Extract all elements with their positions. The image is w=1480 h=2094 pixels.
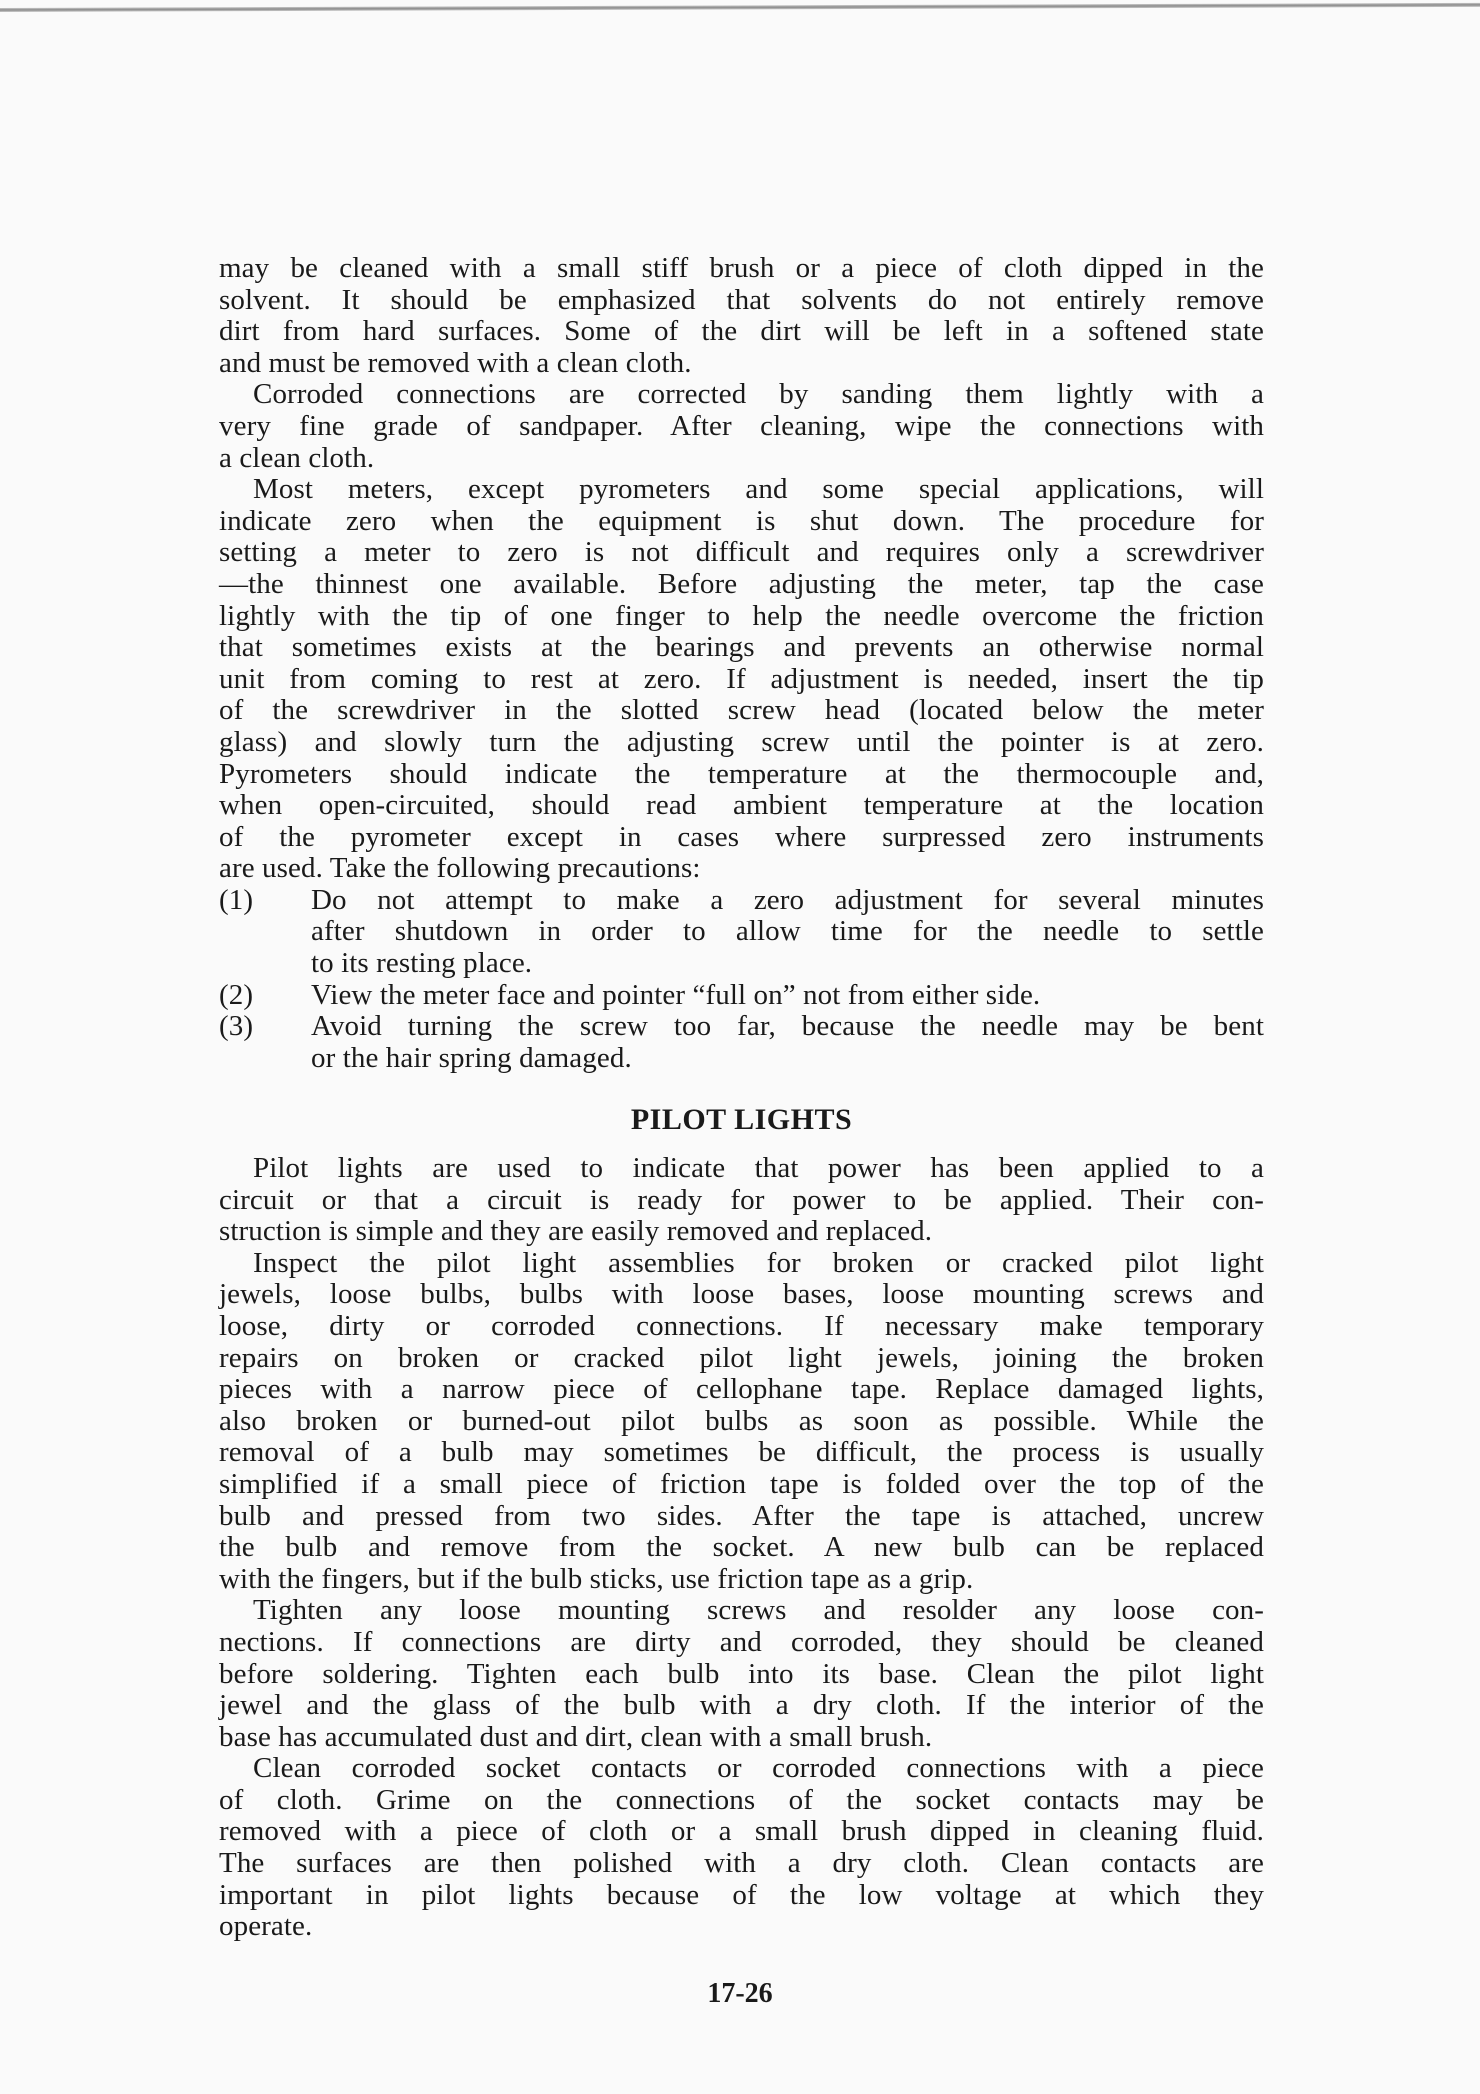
text-line: with the fingers, but if the bulb sticks…	[219, 1564, 1264, 1596]
text-line: that sometimes exists at the bearings an…	[219, 632, 1264, 664]
text-line: —the thinnest one available. Before adju…	[219, 569, 1264, 601]
text-line: Tighten any loose mounting screws and re…	[219, 1595, 1264, 1627]
text-line: setting a meter to zero is not difficult…	[219, 537, 1264, 569]
text-line: glass) and slowly turn the adjusting scr…	[219, 727, 1264, 759]
precaution-text: Avoid turning the screw too far, because…	[311, 1010, 1264, 1042]
precaution-text: after shutdown in order to allow time fo…	[311, 915, 1264, 947]
text-line: and must be removed with a clean cloth.	[219, 348, 1264, 380]
text-line: Corroded connections are corrected by sa…	[219, 379, 1264, 411]
text-line: removed with a piece of cloth or a small…	[219, 1816, 1264, 1848]
text-line: unit from coming to rest at zero. If adj…	[219, 664, 1264, 696]
text-line: jewels, loose bulbs, bulbs with loose ba…	[219, 1279, 1264, 1311]
text-line: Pilot lights are used to indicate that p…	[219, 1153, 1264, 1185]
text-line: of the pyrometer except in cases where s…	[219, 822, 1264, 854]
precaution-text: View the meter face and pointer “full on…	[311, 979, 1040, 1011]
text-line: also broken or burned-out pilot bulbs as…	[219, 1406, 1264, 1438]
precaution-text: or the hair spring damaged.	[311, 1042, 632, 1074]
text-line: jewel and the glass of the bulb with a d…	[219, 1690, 1264, 1722]
section-pilot-lights-body: Pilot lights are used to indicate that p…	[219, 1153, 1264, 1943]
text-line: Pyrometers should indicate the temperatu…	[219, 759, 1264, 791]
precaution-item-continuation: after shutdown in order to allow time fo…	[219, 916, 1264, 948]
text-line: lightly with the tip of one finger to he…	[219, 601, 1264, 633]
text-line: indicate zero when the equipment is shut…	[219, 506, 1264, 538]
text-line: The surfaces are then polished with a dr…	[219, 1848, 1264, 1880]
precaution-item-continuation: to its resting place.	[219, 948, 1264, 980]
text-line: of cloth. Grime on the connections of th…	[219, 1785, 1264, 1817]
text-line: before soldering. Tighten each bulb into…	[219, 1659, 1264, 1691]
text-line: nections. If connections are dirty and c…	[219, 1627, 1264, 1659]
section-meters-body: may be cleaned with a small stiff brush …	[219, 253, 1264, 1074]
text-line: Most meters, except pyrometers and some …	[219, 474, 1264, 506]
text-line: a clean cloth.	[219, 443, 1264, 475]
text-line: very fine grade of sandpaper. After clea…	[219, 411, 1264, 443]
text-line: circuit or that a circuit is ready for p…	[219, 1185, 1264, 1217]
text-line: loose, dirty or corroded connections. If…	[219, 1311, 1264, 1343]
text-line: of the screwdriver in the slotted screw …	[219, 695, 1264, 727]
precaution-text: Do not attempt to make a zero adjustment…	[311, 884, 1264, 916]
text-line: Clean corroded socket contacts or corrod…	[219, 1753, 1264, 1785]
text-line: operate.	[219, 1911, 1264, 1943]
page-number: 17-26	[0, 1978, 1480, 2010]
precaution-number: (3)	[219, 1011, 311, 1043]
text-line: when open-circuited, should read ambient…	[219, 790, 1264, 822]
text-line: solvent. It should be emphasized that so…	[219, 285, 1264, 317]
text-line: base has accumulated dust and dirt, clea…	[219, 1722, 1264, 1754]
precaution-text: to its resting place.	[311, 947, 532, 979]
text-line: may be cleaned with a small stiff brush …	[219, 253, 1264, 285]
text-line: are used. Take the following precautions…	[219, 853, 1264, 885]
precaution-number: (2)	[219, 980, 311, 1012]
text-line: struction is simple and they are easily …	[219, 1216, 1264, 1248]
precaution-number: (1)	[219, 885, 311, 917]
text-line: repairs on broken or cracked pilot light…	[219, 1343, 1264, 1375]
text-line: removal of a bulb may sometimes be diffi…	[219, 1437, 1264, 1469]
text-line: important in pilot lights because of the…	[219, 1880, 1264, 1912]
text-line: pieces with a narrow piece of cellophane…	[219, 1374, 1264, 1406]
precaution-item: (3)Avoid turning the screw too far, beca…	[219, 1011, 1264, 1043]
text-line: dirt from hard surfaces. Some of the dir…	[219, 316, 1264, 348]
scan-edge-rule	[0, 3, 1480, 12]
precaution-item: (2)View the meter face and pointer “full…	[219, 980, 1264, 1012]
text-line: the bulb and remove from the socket. A n…	[219, 1532, 1264, 1564]
section-heading-pilot-lights: PILOT LIGHTS	[219, 1103, 1264, 1137]
precaution-item-continuation: or the hair spring damaged.	[219, 1043, 1264, 1075]
precaution-item: (1)Do not attempt to make a zero adjustm…	[219, 885, 1264, 917]
text-line: bulb and pressed from two sides. After t…	[219, 1501, 1264, 1533]
text-line: Inspect the pilot light assemblies for b…	[219, 1248, 1264, 1280]
text-line: simplified if a small piece of friction …	[219, 1469, 1264, 1501]
